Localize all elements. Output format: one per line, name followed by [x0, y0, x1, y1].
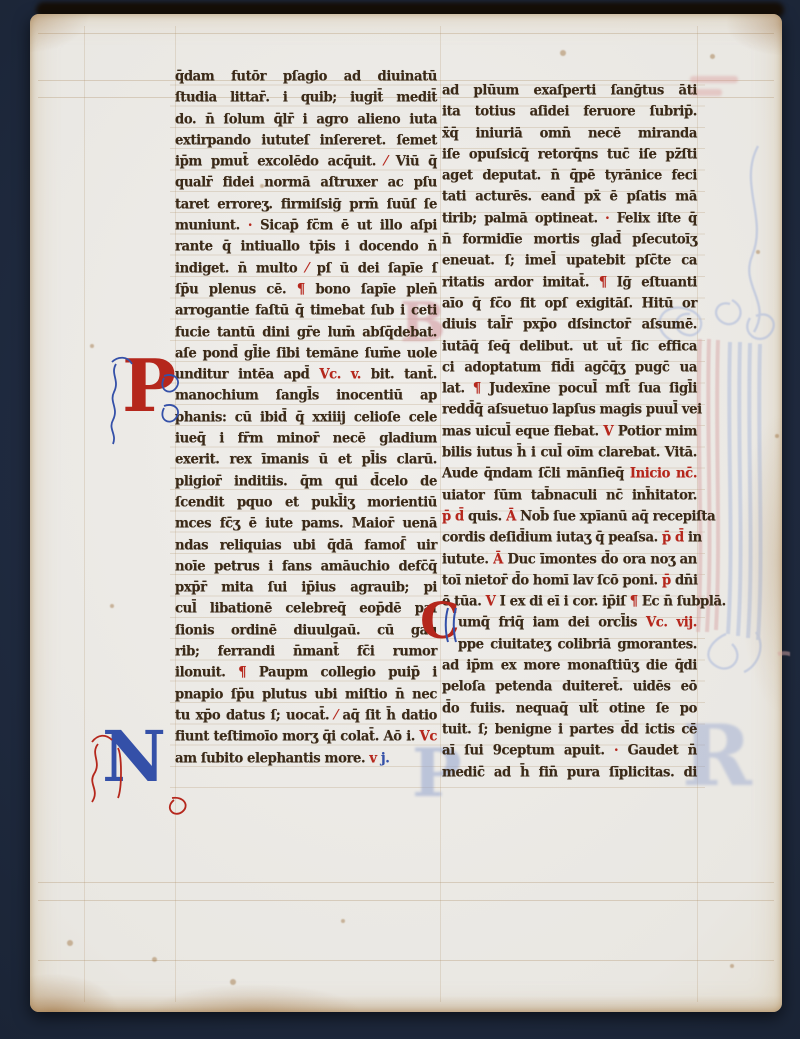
illuminated-initial-c: C [418, 596, 472, 654]
body-text: quis. [464, 509, 502, 524]
bleedthrough-rubric-marks [690, 76, 738, 96]
text-line: ſtudia littar̄. i quib; iugit̄ medit̄ [175, 87, 437, 109]
rubric-text: ¶ [225, 665, 246, 680]
body-text: I ex di eī i cor. ip̄iſ [495, 594, 625, 609]
foxing-spot [90, 344, 94, 348]
text-line: iſe opuſsicq̄ retorq̄ns tuc̄ iſe pz̄ſti [442, 144, 697, 166]
foxing-spot [341, 919, 345, 923]
rubric-text: ¶ [286, 282, 305, 297]
body-text: am ſubito elephantis more. [175, 751, 365, 766]
illuminated-initial-n: N [88, 722, 192, 816]
text-line: do. n̄ ſolum q̄lr̄ i agro alieno iuta [175, 109, 437, 131]
text-line: lat. ¶ Judexīne pocul̄ mſt̄ ſua ſigl̄i [442, 378, 697, 400]
body-text: aī ſui 9ceptum apuit. [442, 743, 605, 758]
body-text: q̄dam futōr pſagio ad diuinatū [175, 69, 437, 84]
rubric-text: p̄ d̄ [658, 530, 684, 545]
text-line: mas uicul̄ eque fiebat. V Potior mim [442, 421, 697, 443]
body-text: arrogantie faſtū q̄ timebat ſub i ceti [175, 303, 437, 318]
text-line: exerit. rex īmanis ū et pl̄is clarū. [175, 449, 437, 471]
body-text: medic̄ ad h̄ fin̄ pura ſīplicitas. di [442, 765, 697, 780]
illuminated-initial-p: P [106, 350, 202, 448]
body-text: iſe opuſsicq̄ retorq̄ns tuc̄ iſe pz̄ſti [442, 147, 697, 162]
body-text: ppe ciuitateʒ colibriā gmorantes. [458, 637, 697, 652]
body-text: rib; ferrandi n̄mant̄ fc̄i rumor [175, 644, 437, 659]
body-text: tati acturēs. eand̄ px̄ ē pſatis mā [442, 190, 697, 205]
text-line: umq̄ friq̄ iam dei orcl̄is Vc. vij. [442, 612, 697, 634]
foxing-spot [710, 54, 715, 59]
text-line: ci adoptatum fid̄i agc̄q̄ʒ pugc̄ ua [442, 357, 697, 379]
text-line: tu xp̄o datus ſ; uocat̄. ⁄ aq̄ ſit h̄ da… [175, 705, 437, 727]
body-text: Ec n̄ ſubplā. [638, 594, 726, 609]
text-line: uiator ſūm tab̄naculi nc̄ inh̄itator. [442, 485, 697, 507]
body-text: taret erroreʒ. firmiſsiḡ prm̄ ſuūſ ſe [175, 197, 437, 212]
body-text: Duc īmontes d̄o ora noʒ an [503, 552, 697, 567]
text-line: manochium ſangl̄s inocentiū ap [175, 385, 437, 407]
body-text: umq̄ friq̄ iam dei orcl̄is [458, 616, 637, 631]
text-line: tati acturēs. eand̄ px̄ ē pſatis mā [442, 186, 697, 208]
text-line: noīe petrus i fans amāuchio defc̄q̄ [175, 556, 437, 578]
body-text: rante q̄ intiuallo tp̄is i docendo n̄ [175, 239, 437, 254]
text-line: Aude q̄ndam ſc̄li mānſieq̄ Inicio nc̄. [442, 463, 697, 485]
body-text: Viū q̄ [387, 154, 437, 169]
text-line: aīo q̄ fc̄o fit opſ exigitāſ. Hitū or [442, 293, 697, 315]
text-line: ndas reliquias ubi q̄dā famoſ̄ uir [175, 535, 437, 557]
text-line: aī ſui 9ceptum apuit. · Gaudet n̄ [442, 740, 697, 762]
text-line: rante q̄ intiuallo tp̄is i docendo n̄ [175, 236, 437, 258]
foxing-spot [110, 604, 114, 608]
text-line: medic̄ ad h̄ fin̄ pura ſīplicitas. di [442, 762, 697, 784]
text-line: fiunt teſtimoīo morʒ q̄i colat̄. Aō i. V… [175, 726, 437, 748]
text-column-right: ad plūum exaſperti ſanḡtus ātiita totius… [442, 80, 697, 783]
foxing-spot [730, 964, 734, 968]
foxing-spot [230, 979, 236, 985]
body-text: ritatis ardor imitat̄. [442, 275, 589, 290]
foxing-spot [152, 957, 157, 962]
text-line: unditur intēa apd̄ Vc. v. bit. tant̄. [175, 364, 437, 386]
text-line: ad ip̄m ex more monaſtiūʒ die q̄di [442, 655, 697, 677]
text-line: redd̄q̄ aſsuetuo lapſus magis puul̄ vei [442, 399, 697, 421]
text-line: iutute. Ā Duc īmontes d̄o ora noʒ an [442, 549, 697, 571]
body-text: redd̄q̄ aſsuetuo lapſus magis puul̄ vei [442, 403, 702, 418]
text-line: d̄o fuiis. nequaq̄ ult̄ otine ſe po [442, 698, 697, 720]
rubric-text: ¶ [589, 275, 607, 290]
rubric-text: Inicio nc̄. [624, 466, 697, 481]
text-line: aget deputat. n̄ q̄pē tyrānice feci [442, 165, 697, 187]
rubric-text: · [605, 743, 619, 758]
body-text: Paupm collegio puip̄ i [246, 665, 437, 680]
body-text: indiget. n̄ multo [175, 261, 297, 276]
rubric-text: · [598, 211, 610, 226]
text-line: ita totius aſidei feruore ſubrip̄. [442, 101, 697, 123]
foxing-spot [560, 50, 566, 56]
body-text: tirib; palmā optineat. [442, 211, 598, 226]
body-text: Sicap̄ fc̄m ē ut illo aſpi [252, 218, 437, 233]
rubric-text: Vc [415, 729, 437, 744]
foxing-spot [67, 940, 73, 946]
text-line: ritatis ardor imitat̄. ¶ Iḡ eſtuanti [442, 272, 697, 294]
penwork-blue [418, 596, 472, 654]
body-text: extirpando iututeſ inſereret. ſemet [175, 133, 437, 148]
body-text: iutāq̄ ſeq̄ delibut. ut ut̄ ſic effica [442, 339, 697, 354]
foxing-spot [756, 250, 760, 254]
body-text: phanis: cū ibid̄ q̄ xxiiij celioſe cele [175, 410, 437, 425]
text-line: n̄ formidīe mortis glad̄ pſecutoīʒ [442, 229, 697, 251]
body-text: Gaudet n̄ [618, 743, 697, 758]
rubric-text: Vc. vij. [637, 616, 697, 631]
body-text: tuit. ſ; benigne i partes d̄d ictis cē [442, 722, 697, 737]
body-text: toī nietor̄ d̄o homī lav ſcō poni. [442, 573, 658, 588]
body-text: n̄ formidīe mortis glad̄ pſecutoīʒ [442, 232, 697, 247]
rubric-text: ⁄ [297, 261, 308, 276]
body-text: pſ ū dei ſapīe ſ [308, 261, 437, 276]
ruling-line-horizontal [38, 900, 774, 901]
text-line: rib; ferrandi n̄mant̄ fc̄i rumor [175, 641, 437, 663]
rubric-text: ⁄ [329, 708, 337, 723]
manuscript-leaf: B P R q̄dam futōr pſagio ad diuinatūſtud… [30, 14, 782, 1012]
text-line: toī nietor̄ d̄o homī lav ſcō poni. p̄ dn… [442, 570, 697, 592]
text-line: eneuat. ſ; imel̄ upatebit pſc̄te ca [442, 250, 697, 272]
text-line: cul̄ libationē celebreq̄ eop̄dē paſ [175, 598, 437, 620]
text-line: iutāq̄ ſeq̄ delibut. ut ut̄ ſic effica [442, 336, 697, 358]
body-text: Felix iſte q̄ [609, 211, 697, 226]
body-text: ip̄m pmut̄ excolēdo acq̄uit. [175, 154, 376, 169]
ruling-line-horizontal [38, 960, 774, 961]
body-text: Nob̄ ſue xpīanū aq̄ recepiſta [516, 509, 715, 524]
rubric-text: Ā [489, 552, 503, 567]
text-line: ſp̄u plenus cē. ¶ bono ſapīe plen̄ [175, 279, 437, 301]
body-text: dn̄i [671, 573, 698, 588]
body-text: pnapio ſp̄u plutus ubi miſtio n̄ nec [175, 687, 437, 702]
body-text: tu xp̄o datus ſ; uocat̄. [175, 708, 329, 723]
text-column-left: q̄dam futōr pſagio ad diuinatūſtudia lit… [175, 66, 437, 769]
body-text: iutute. [442, 552, 489, 567]
body-text: ſp̄u plenus cē. [175, 282, 286, 297]
body-text: iueq̄ i fr̄m minor̄ necē gladium [175, 431, 437, 446]
rubric-text: ¶ [626, 594, 638, 609]
text-line: tirib; palmā optineat. · Felix iſte q̄ [442, 208, 697, 230]
text-line: ilonuit. ¶ Paupm collegio puip̄ i [175, 662, 437, 684]
body-text: cordis deſid̄ium iutaʒ q̄ peaſsa. [442, 530, 658, 545]
ruling-line-vertical [84, 26, 85, 1002]
body-text: ſtudia littar̄. i quib; iugit̄ medit̄ [175, 90, 437, 105]
body-text: ita totius aſidei feruore ſubrip̄. [442, 104, 697, 119]
rubric-text: p̄ [658, 573, 671, 588]
text-line: x̄q̄ iniuriā omn̄ necē miranda [442, 123, 697, 145]
text-line: arrogantie faſtū q̄ timebat ſub i ceti [175, 300, 437, 322]
text-line: ſcendit pquo et pukl̄iʒ morientiū [175, 492, 437, 514]
body-text: lat. [442, 381, 465, 396]
rubric-text: · [240, 218, 252, 233]
body-text: pxp̄r̄ mita ſui ip̄ius agrauib; pi [175, 580, 437, 595]
text-line: cordis deſid̄ium iutaʒ q̄ peaſsa. p̄ d̄ … [442, 527, 697, 549]
body-text: aq̄ ſit h̄ datio [337, 708, 437, 723]
text-line: indiget. n̄ multo ⁄ pſ ū dei ſapīe ſ [175, 258, 437, 280]
text-line: taret erroreʒ. firmiſsiḡ prm̄ ſuūſ ſe [175, 194, 437, 216]
body-text: d̄o fuiis. nequaq̄ ult̄ otine ſe po [442, 701, 697, 716]
foxing-spot [260, 184, 264, 188]
ruling-line-horizontal [38, 33, 774, 34]
body-text: bit. tant̄. [361, 367, 437, 382]
text-line: ad plūum exaſperti ſanḡtus āti [442, 80, 697, 102]
body-text: Aude q̄ndam ſc̄li mānſieq̄ [442, 466, 624, 481]
body-text: ilonuit. [175, 665, 225, 680]
body-text: eneuat. ſ; imel̄ upatebit pſc̄te ca [442, 253, 697, 268]
text-line: ppe ciuitateʒ colibriā gmorantes. [442, 634, 697, 656]
body-text: ſcendit pquo et pukl̄iʒ morientiū [175, 495, 437, 510]
body-text: mces fc̄ʒ ē iute pams. Maior̄ uenā [175, 516, 437, 531]
body-text: qualr̄ fidei normā aſtruxer ac pſu [175, 176, 437, 191]
text-line: ip̄m pmut̄ excolēdo acq̄uit. ⁄ Viū q̄ [175, 151, 437, 173]
rubric-text: ¶ [465, 381, 481, 396]
body-text: pligior̄ inditiis. q̄m qui d̄celo de [175, 474, 437, 489]
photo-of-manuscript: { "palette":{ "backdrop":"#1b2537", "par… [0, 0, 800, 1039]
text-line: pxp̄r̄ mita ſui ip̄ius agrauib; pi [175, 577, 437, 599]
body-text: fiunt teſtimoīo morʒ q̄i colat̄. Aō i. [175, 729, 415, 744]
body-text: do. n̄ ſolum q̄lr̄ i agro alieno iuta [175, 112, 437, 127]
body-text: uiator ſūm tab̄naculi nc̄ inh̄itator. [442, 488, 697, 503]
azure-text: j. [377, 751, 390, 766]
body-text: cul̄ libationē celebreq̄ eop̄dē paſ [175, 602, 437, 617]
penwork-red [88, 722, 192, 816]
text-line: qualr̄ fidei normā aſtruxer ac pſu [175, 172, 437, 194]
rubric-text: V [599, 424, 614, 439]
text-line: tuit. ſ; benigne i partes d̄d ictis cē [442, 719, 697, 741]
rubric-text: Ā [502, 509, 516, 524]
text-line: mces fc̄ʒ ē iute pams. Maior̄ uenā [175, 513, 437, 535]
text-line: q̄dam futōr pſagio ad diuinatū [175, 66, 437, 88]
body-text: aſe pond̄ gl̄ie ſibi temāne ſum̄e uole [175, 346, 437, 361]
rubric-text: V [481, 594, 495, 609]
text-line: am ſubito elephantis more. v j. [175, 748, 437, 770]
ruling-line-horizontal [38, 882, 774, 883]
body-text: bilis iutus h̄ i cul̄ oīm clarebat. Vitā… [442, 445, 697, 460]
rubric-text: Vc. v. [309, 367, 361, 382]
body-text: aget deputat. n̄ q̄pē tyrānice feci [442, 168, 697, 183]
body-text: muniunt. [175, 218, 240, 233]
body-text: ndas reliquias ubi q̄dā famoſ̄ uir [175, 538, 437, 553]
body-text: ſionis ordinē diuulgaū. cū gau [175, 623, 437, 638]
rubric-text: v [365, 751, 376, 766]
body-text: diuis tal̄r̄ pxp̄o dſsinctor̄ aſsumē. [442, 317, 697, 332]
body-text: fucie tantū dini gr̄e lum̄ abſq̄debat. [175, 325, 437, 340]
body-text: ad ip̄m ex more monaſtiūʒ die q̄di [442, 658, 697, 673]
text-line: peloſa petenda duiteret̄. uidēs eō [442, 676, 697, 698]
penwork-blue [106, 350, 202, 448]
text-line: iueq̄ i fr̄m minor̄ necē gladium [175, 428, 437, 450]
text-line: aſe pond̄ gl̄ie ſibi temāne ſum̄e uole [175, 343, 437, 365]
text-line: p̄ d̄ quis. Ā Nob̄ ſue xpīanū aq̄ recepi… [442, 506, 697, 528]
body-text: ad plūum exaſperti ſanḡtus āti [442, 83, 697, 98]
body-text: exerit. rex īmanis ū et pl̄is clarū. [175, 452, 437, 467]
body-text: in [684, 530, 702, 545]
body-text: x̄q̄ iniuriā omn̄ necē miranda [442, 126, 697, 141]
rubric-text: p̄ d̄ [442, 509, 464, 524]
body-text: Iḡ eſtuanti [607, 275, 697, 290]
foxing-spot [775, 434, 779, 438]
text-line: phanis: cū ibid̄ q̄ xxiiij celioſe cele [175, 407, 437, 429]
body-text: manochium ſangl̄s inocentiū ap [175, 389, 437, 404]
body-text: Potior mim [613, 424, 697, 439]
body-text: ci adoptatum fid̄i agc̄q̄ʒ pugc̄ ua [442, 360, 697, 375]
text-line: bilis iutus h̄ i cul̄ oīm clarebat. Vitā… [442, 442, 697, 464]
body-text: peloſa petenda duiteret̄. uidēs eō [442, 679, 697, 694]
body-text: noīe petrus i fans amāuchio defc̄q̄ [175, 559, 437, 574]
text-line: fucie tantū dini gr̄e lum̄ abſq̄debat. [175, 322, 437, 344]
text-line: ſionis ordinē diuulgaū. cū gau [175, 620, 437, 642]
text-line: pnapio ſp̄u plutus ubi miſtio n̄ nec [175, 684, 437, 706]
text-line: muniunt. · Sicap̄ fc̄m ē ut illo aſpi [175, 215, 437, 237]
rubric-text: ⁄ [376, 154, 387, 169]
body-text: Judexīne pocul̄ mſt̄ ſua ſigl̄i [481, 381, 697, 396]
text-line: diuis tal̄r̄ pxp̄o dſsinctor̄ aſsumē. [442, 314, 697, 336]
text-line: extirpando iututeſ inſereret. ſemet [175, 130, 437, 152]
body-text: aīo q̄ fc̄o fit opſ exigitāſ. Hitū or [442, 296, 697, 311]
body-text: bono ſapīe plen̄ [305, 282, 437, 297]
text-line: pligior̄ inditiis. q̄m qui d̄celo de [175, 471, 437, 493]
text-line: ē tūa. V I ex di eī i cor. ip̄iſ ¶ Ec n̄… [442, 591, 697, 613]
body-text: mas uicul̄ eque fiebat. [442, 424, 599, 439]
